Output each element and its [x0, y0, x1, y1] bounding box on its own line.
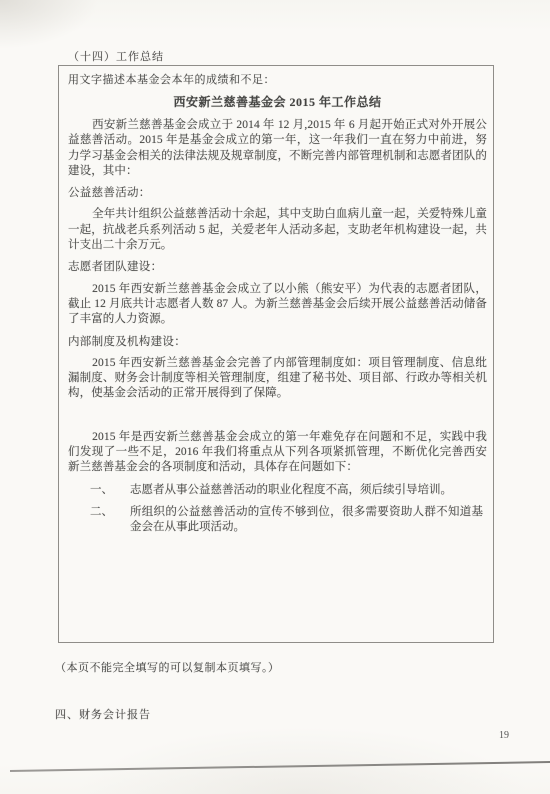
- scan-edge-line: [10, 761, 550, 772]
- page-number: 19: [499, 730, 509, 741]
- scanned-document-page: （十四）工作总结 用文字描述本基金会本年的成绩和不足： 西安新兰慈善基金会 20…: [0, 0, 550, 794]
- copy-page-footnote: （本页不能完全填写的可以复制本页填写。）: [55, 659, 280, 675]
- box-prompt-label: 用文字描述本基金会本年的成绩和不足：: [68, 71, 487, 87]
- section-label-charity-activities: 公益慈善活动：: [68, 186, 487, 201]
- next-section-heading: 四、财务会计报告: [55, 706, 151, 722]
- section-body-internal-systems: 2015 年西安新兰慈善基金会完善了内部管理制度如：项目管理制度、信息纰漏制度、…: [68, 356, 487, 402]
- section-body-volunteer-team: 2015 年西安新兰慈善基金会成立了以小熊（熊安平）为代表的志愿者团队，截止 1…: [68, 282, 487, 328]
- issue-item-2: 二、 所组织的公益慈善活动的宣传不够到位，很多需要资助人群不知道基金会在从事此项…: [90, 505, 487, 536]
- intro-paragraph: 西安新兰慈善基金会成立于 2014 年 12 月,2015 年 6 月起开始正式…: [68, 118, 487, 179]
- section-label-volunteer-team: 志愿者团队建设：: [68, 260, 487, 275]
- report-title: 西安新兰慈善基金会 2015 年工作总结: [68, 93, 487, 110]
- issue-1-number: 一、: [90, 483, 130, 498]
- issue-2-text: 所组织的公益慈善活动的宣传不够到位，很多需要资助人群不知道基金会在从事此项活动。: [130, 505, 487, 536]
- section-heading: （十四）工作总结: [68, 48, 164, 64]
- section-label-internal-systems: 内部制度及机构建设：: [68, 335, 487, 350]
- issue-item-1: 一、 志愿者从事公益慈善活动的职业化程度不高，须后续引导培训。: [90, 483, 487, 498]
- section-body-charity-activities: 全年共计组织公益慈善活动十余起，其中支助白血病儿童一起，关爱特殊儿童一起，抗战老…: [68, 207, 487, 253]
- issue-2-number: 二、: [90, 505, 130, 536]
- summary-paragraph: 2015 年是西安新兰慈善基金会成立的第一年难免存在问题和不足，实践中我们发现了…: [68, 430, 487, 476]
- issue-1-text: 志愿者从事公益慈善活动的职业化程度不高，须后续引导培训。: [130, 483, 487, 498]
- work-summary-box: 用文字描述本基金会本年的成绩和不足： 西安新兰慈善基金会 2015 年工作总结 …: [58, 65, 494, 643]
